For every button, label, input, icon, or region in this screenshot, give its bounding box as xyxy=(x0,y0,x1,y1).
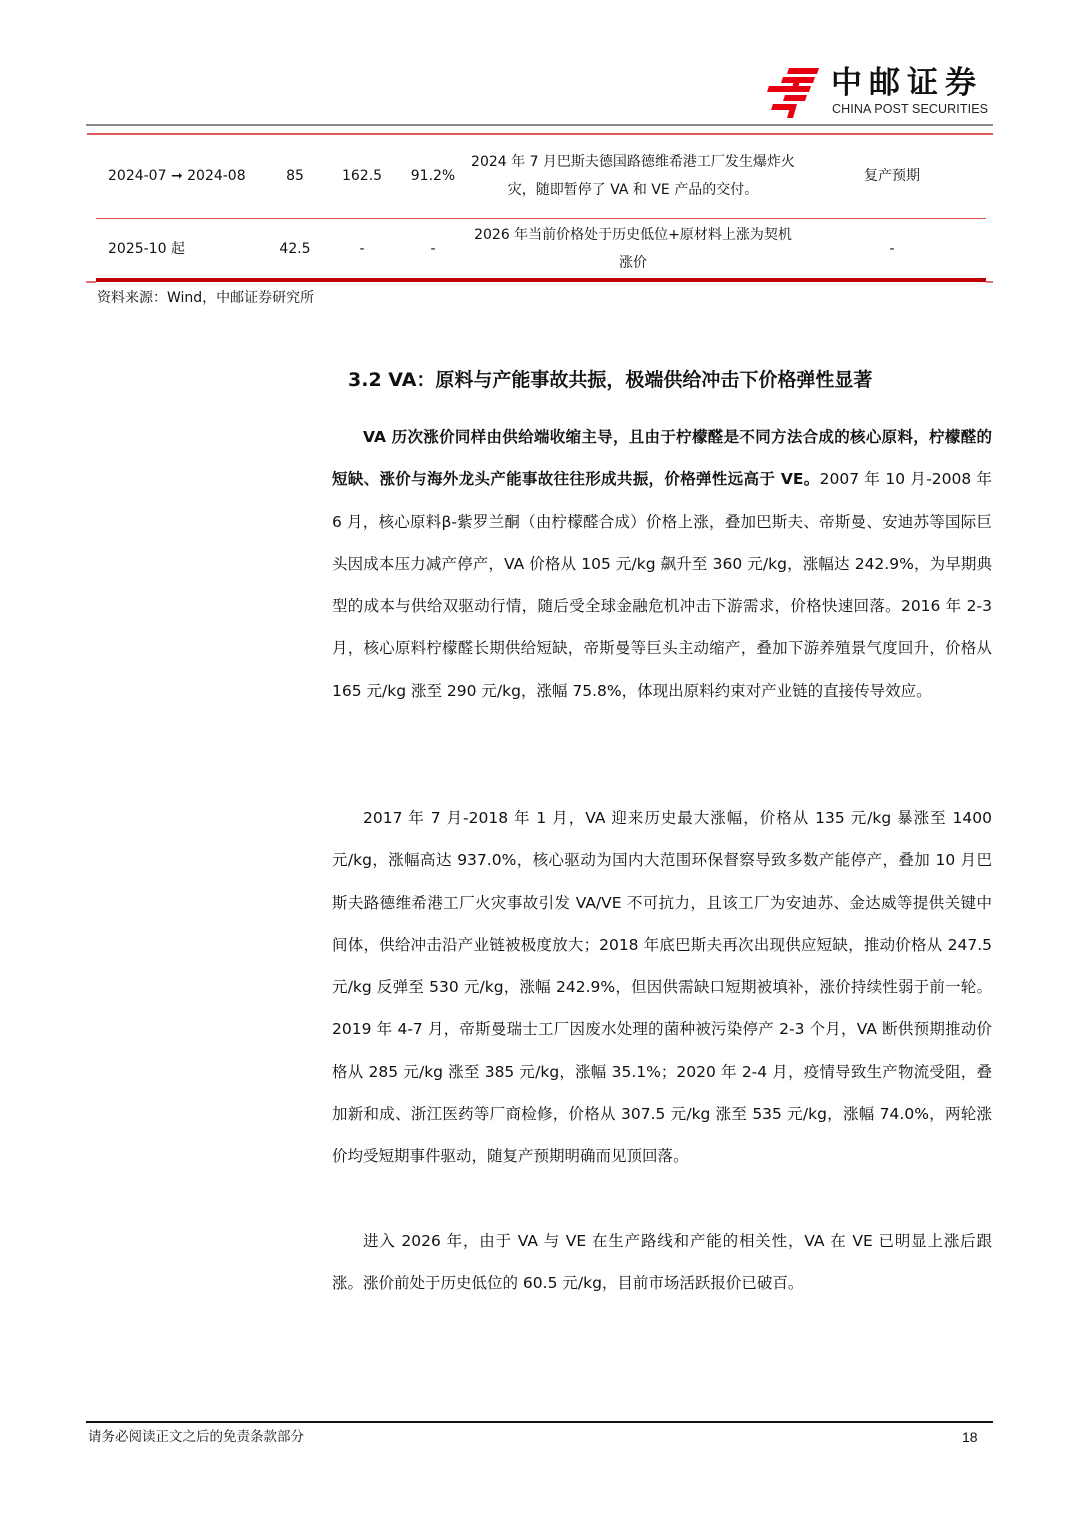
cell-increase-pct: - xyxy=(398,219,468,279)
table-source-note: 资料来源：Wind，中邮证券研究所 xyxy=(97,288,314,308)
china-post-logo-icon xyxy=(765,66,821,118)
cell-period: 2024-07 ➞ 2024-08 xyxy=(96,134,270,218)
section-heading: 3.2 VA：原料与产能事故共振，极端供给冲击下价格弹性显著 xyxy=(348,366,872,394)
cell-peak-price: 162.5 xyxy=(326,134,398,218)
footer-divider xyxy=(86,1421,993,1423)
paragraph-text: 2017 年 7 月-2018 年 1 月，VA 迎来历史最大涨幅，价格从 13… xyxy=(332,809,992,1165)
cell-peak-price: - xyxy=(326,219,398,279)
cell-start-price: 42.5 xyxy=(264,219,326,279)
cell-increase-pct: 91.2% xyxy=(398,134,468,218)
cell-period: 2025-10 起 xyxy=(96,219,270,279)
page-number: 18 xyxy=(962,1428,978,1446)
paragraph-text: 进入 2026 年，由于 VA 与 VE 在生产路线和产能的相关性，VA 在 V… xyxy=(332,1232,992,1292)
header-divider-gray xyxy=(86,124,993,126)
body-paragraph-1: VA 历次涨价同样由供给端收缩主导，且由于柠檬醛是不同方法合成的核心原料，柠檬醛… xyxy=(332,416,992,712)
brand-logo: 中邮证券 CHINA POST SECURITIES xyxy=(765,64,995,120)
table-row: 2024-07 ➞ 2024-08 85 162.5 91.2% 2024 年 … xyxy=(96,134,986,218)
paragraph-text: 2007 年 10 月-2008 年 6 月，核心原料β-紫罗兰酮（由柠檬醛合成… xyxy=(332,470,992,699)
cell-fall-reason: - xyxy=(798,219,986,279)
table-bottom-border xyxy=(96,278,986,282)
cell-reason: 2024 年 7 月巴斯夫德国路德维希港工厂发生爆炸火灾，随即暂停了 VA 和 … xyxy=(468,134,798,218)
price-history-table: 2024-07 ➞ 2024-08 85 162.5 91.2% 2024 年 … xyxy=(96,134,986,279)
table-row: 2025-10 起 42.5 - - 2026 年当前价格处于历史低位+原材料上… xyxy=(96,218,986,279)
brand-name-en: CHINA POST SECURITIES xyxy=(832,102,988,116)
footer-disclaimer: 请务必阅读正文之后的免责条款部分 xyxy=(88,1428,304,1446)
body-paragraph-2: 2017 年 7 月-2018 年 1 月，VA 迎来历史最大涨幅，价格从 13… xyxy=(332,797,992,1178)
cell-start-price: 85 xyxy=(264,134,326,218)
brand-name-cn: 中邮证券 xyxy=(831,66,983,100)
cell-fall-reason: 复产预期 xyxy=(798,134,986,218)
table-border-tail-left xyxy=(86,281,96,283)
cell-reason: 2026 年当前价格处于历史低位+原材料上涨为契机涨价 xyxy=(468,219,798,279)
table-border-tail-right xyxy=(986,281,993,283)
body-paragraph-3: 进入 2026 年，由于 VA 与 VE 在生产路线和产能的相关性，VA 在 V… xyxy=(332,1220,992,1305)
